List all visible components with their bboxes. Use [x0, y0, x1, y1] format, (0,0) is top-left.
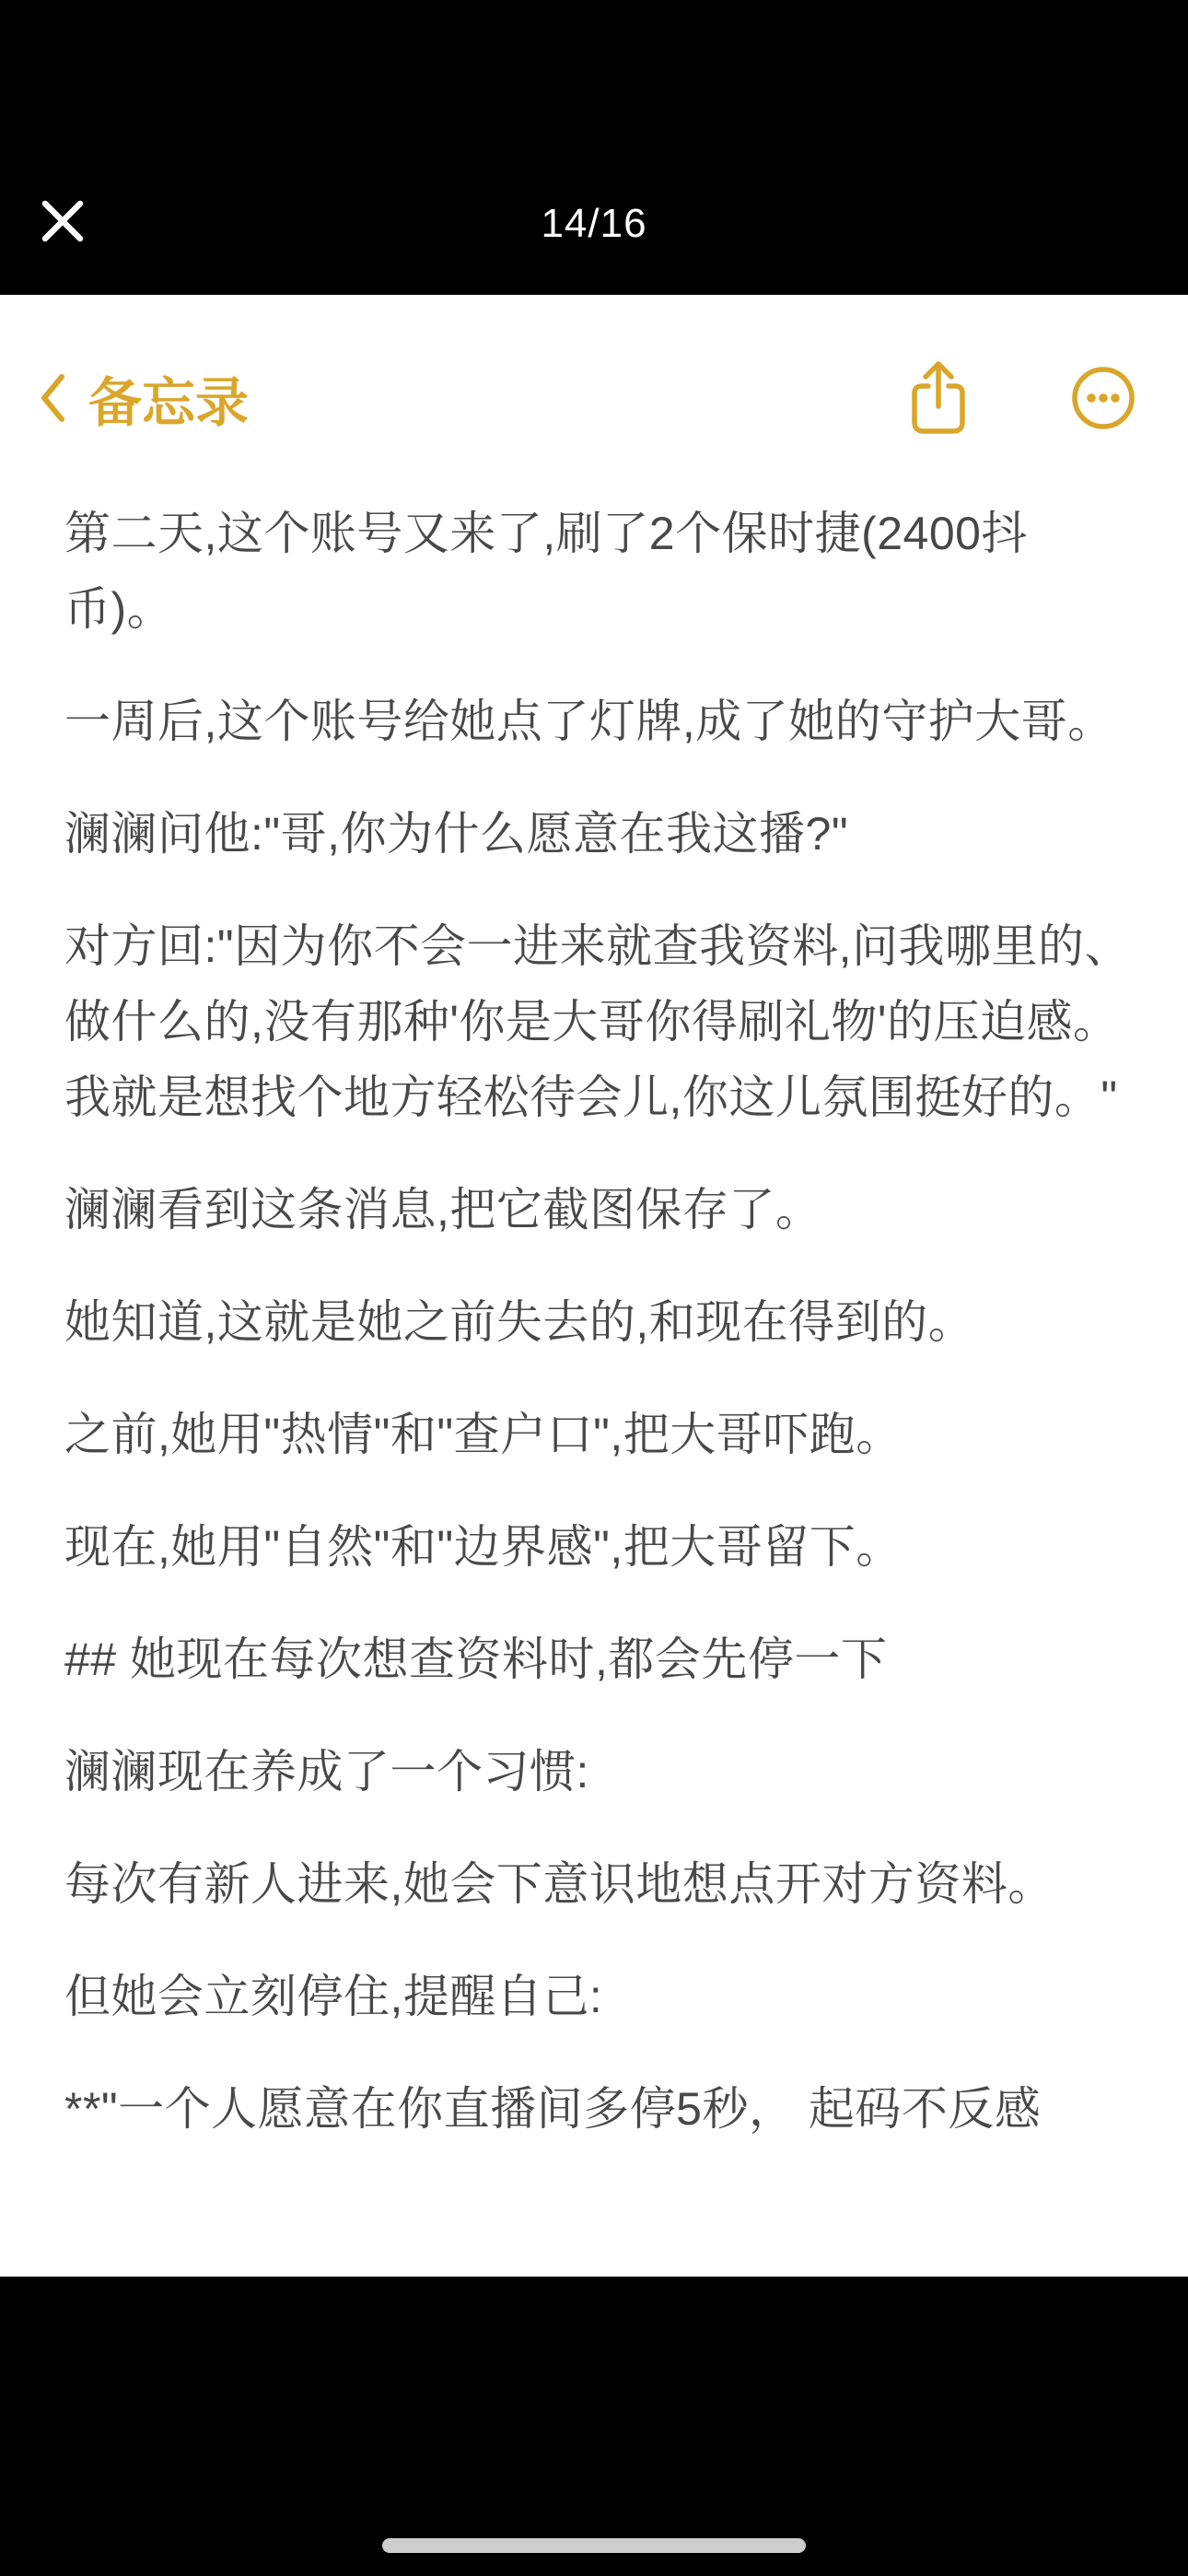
viewer-top-bar: 14/16 [0, 0, 1188, 295]
note-header: 备忘录 [0, 356, 1188, 440]
note-paragraph: 一周后,这个账号给她点了灯牌,成了她的守护大哥。 [64, 684, 1149, 759]
back-button-label: 备忘录 [88, 359, 249, 437]
note-paragraph-line: 澜澜看到这条消息,把它截图保存了。 [64, 1172, 1149, 1247]
note-paragraph: 她知道,这就是她之前失去的,和现在得到的。 [64, 1284, 1149, 1360]
chevron-left-icon [39, 372, 66, 424]
note-paragraph-line: 每次有新人进来,她会下意识地想点开对方资料。 [64, 1846, 1149, 1922]
note-paragraph: 但她会立刻停住,提醒自己: [64, 1959, 1149, 2034]
note-page: 备忘录 [0, 295, 1188, 2277]
share-button[interactable] [906, 358, 971, 438]
note-paragraph: 澜澜现在养成了一个习惯: [64, 1734, 1149, 1809]
note-paragraph: 之前,她用"热情"和"查户口",把大哥吓跑。 [64, 1397, 1149, 1472]
note-body: 第二天,这个账号又来了,刷了2个保时捷(2400抖币)。一周后,这个账号给她点了… [64, 496, 1149, 2184]
note-paragraph: 对方回:"因为你不会一进来就查我资料,问我哪里的、做什么的,没有那种'你是大哥你… [64, 908, 1149, 1135]
note-paragraph: 现在,她用"自然"和"边界感",把大哥留下。 [64, 1509, 1149, 1585]
note-paragraph: 澜澜看到这条消息,把它截图保存了。 [64, 1172, 1149, 1247]
note-paragraph: 澜澜问他:"哥,你为什么愿意在我这播?" [64, 796, 1149, 872]
ellipsis-circle-icon [1070, 365, 1136, 431]
note-paragraph-line: 一周后,这个账号给她点了灯牌,成了她的守护大哥。 [64, 684, 1149, 759]
note-paragraph-line: 她知道,这就是她之前失去的,和现在得到的。 [64, 1284, 1149, 1360]
note-paragraph-line: 澜澜问他:"哥,你为什么愿意在我这播?" [64, 796, 1149, 872]
back-button[interactable]: 备忘录 [39, 359, 249, 437]
note-paragraph-line: 对方回:"因为你不会一进来就查我资料,问我哪里的、 [64, 908, 1149, 984]
note-paragraph-line: 之前,她用"热情"和"查户口",把大哥吓跑。 [64, 1397, 1149, 1472]
viewer-bottom-bar [0, 2277, 1188, 2576]
note-paragraph-line: 现在,她用"自然"和"边界感",把大哥留下。 [64, 1509, 1149, 1585]
note-paragraph-line: **"一个人愿意在你直播间多停5秒， 起码不反感 [64, 2071, 1149, 2147]
note-paragraph: **"一个人愿意在你直播间多停5秒， 起码不反感 [64, 2071, 1149, 2147]
page-indicator: 14/16 [0, 201, 1188, 247]
note-paragraph-line: ## 她现在每次想查资料时,都会先停一下 [64, 1622, 1149, 1697]
more-button[interactable] [1070, 365, 1136, 431]
note-paragraph-line: 币)。 [64, 571, 1149, 647]
home-indicator[interactable] [382, 2538, 806, 2553]
note-paragraph-line: 第二天,这个账号又来了,刷了2个保时捷(2400抖 [64, 496, 1149, 571]
note-paragraph: 每次有新人进来,她会下意识地想点开对方资料。 [64, 1846, 1149, 1922]
note-paragraph: ## 她现在每次想查资料时,都会先停一下 [64, 1622, 1149, 1697]
share-up-arrow-icon [906, 358, 971, 438]
screenshot-viewer: 14/16 备忘录 [0, 0, 1188, 2576]
note-paragraph-line: 做什么的,没有那种'你是大哥你得刷礼物'的压迫感。 [64, 984, 1149, 1060]
note-paragraph-line: 但她会立刻停住,提醒自己: [64, 1959, 1149, 2034]
note-paragraph: 第二天,这个账号又来了,刷了2个保时捷(2400抖币)。 [64, 496, 1149, 647]
note-paragraph-line: 澜澜现在养成了一个习惯: [64, 1734, 1149, 1809]
note-paragraph-line: 我就是想找个地方轻松待会儿,你这儿氛围挺好的。" [64, 1060, 1149, 1135]
